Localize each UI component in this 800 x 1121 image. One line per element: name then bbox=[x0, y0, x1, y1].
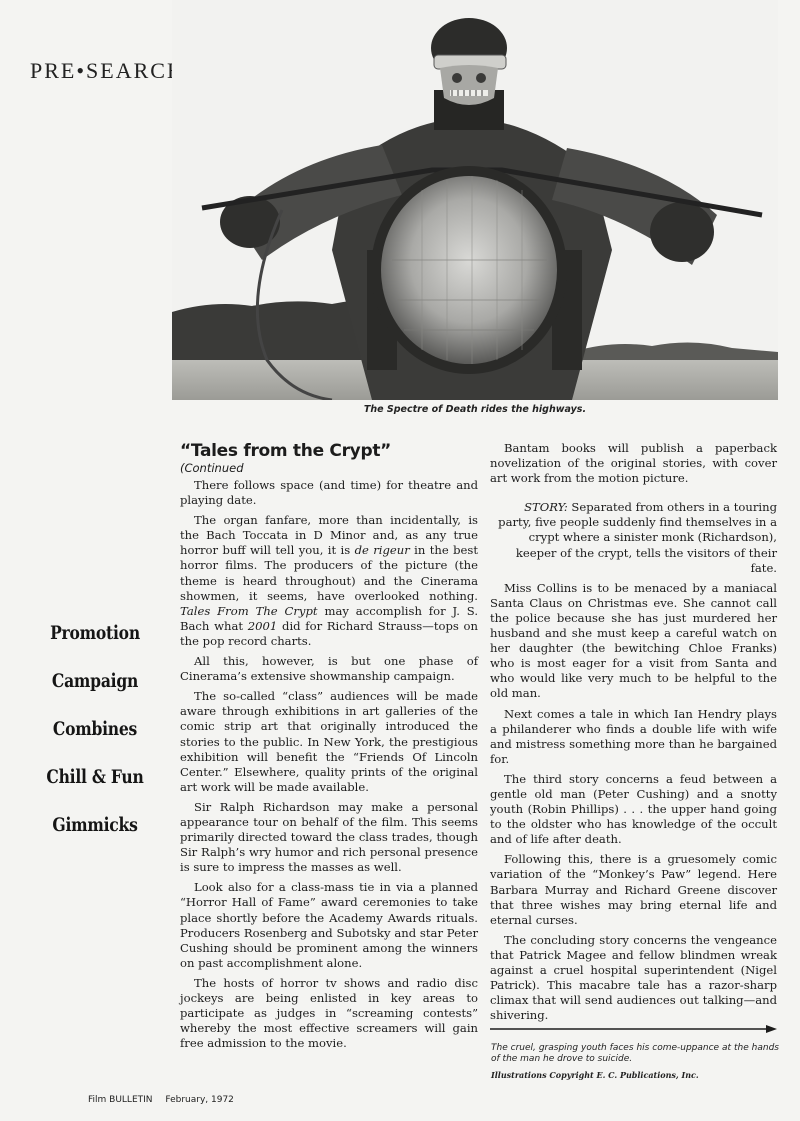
illustration-caption: The cruel, grasping youth faces his come… bbox=[491, 1043, 779, 1065]
headline-line: Promotion bbox=[42, 624, 149, 643]
headline-line: Gimmicks bbox=[42, 816, 149, 835]
photo-caption: The Spectre of Death rides the highways. bbox=[172, 404, 778, 415]
continued-label: (Continued bbox=[180, 461, 478, 475]
story-paragraph: STORY: Separated from others in a tourin… bbox=[490, 500, 777, 575]
paragraph: All this, however, is but one phase of C… bbox=[180, 654, 478, 684]
article-title: “Tales from the Crypt” bbox=[180, 441, 478, 461]
paragraph: Next comes a tale in which Ian Hendry pl… bbox=[490, 707, 777, 767]
paragraph: The concluding story concerns the vengea… bbox=[490, 933, 777, 1024]
right-arrow-icon bbox=[490, 1019, 778, 1029]
page-footer: Film BULLETIN February, 1972 bbox=[88, 1095, 234, 1105]
article-column-right: Bantam books will publish a paperback no… bbox=[490, 441, 777, 1028]
story-label: STORY: bbox=[524, 500, 568, 514]
paragraph: The third story concerns a feud between … bbox=[490, 772, 777, 847]
paragraph: Sir Ralph Richardson may make a personal… bbox=[180, 800, 478, 875]
headline-line: Campaign bbox=[42, 672, 149, 691]
paragraph: Look also for a class-mass tie in via a … bbox=[180, 880, 478, 971]
article-column-left: “Tales from the Crypt” (Continued There … bbox=[180, 441, 478, 1056]
motorcycle-skeleton-photo bbox=[172, 0, 778, 400]
paragraph: Bantam books will publish a paperback no… bbox=[490, 441, 777, 486]
paragraph: There follows space (and time) for theat… bbox=[180, 478, 478, 508]
publication-name: Film BULLETIN bbox=[88, 1095, 153, 1105]
headline-line: Combines bbox=[42, 720, 149, 739]
paragraph: The so-called “class” audiences will be … bbox=[180, 689, 478, 795]
sidebar-headline: Promotion Campaign Combines Chill & Fun … bbox=[30, 624, 160, 864]
paragraph: The hosts of horror tv shows and radio d… bbox=[180, 976, 478, 1051]
illustration-credit: Illustrations Copyright E. C. Publicatio… bbox=[491, 1070, 779, 1080]
issue-date: February, 1972 bbox=[165, 1095, 234, 1105]
paragraph: Following this, there is a gruesomely co… bbox=[490, 852, 777, 927]
paragraph: The organ fanfare, more than incidentall… bbox=[180, 513, 478, 649]
paragraph: Miss Collins is to be menaced by a mania… bbox=[490, 581, 777, 702]
headline-line: Chill & Fun bbox=[42, 768, 149, 787]
masthead-title: PRE•SEARCH bbox=[30, 58, 185, 84]
